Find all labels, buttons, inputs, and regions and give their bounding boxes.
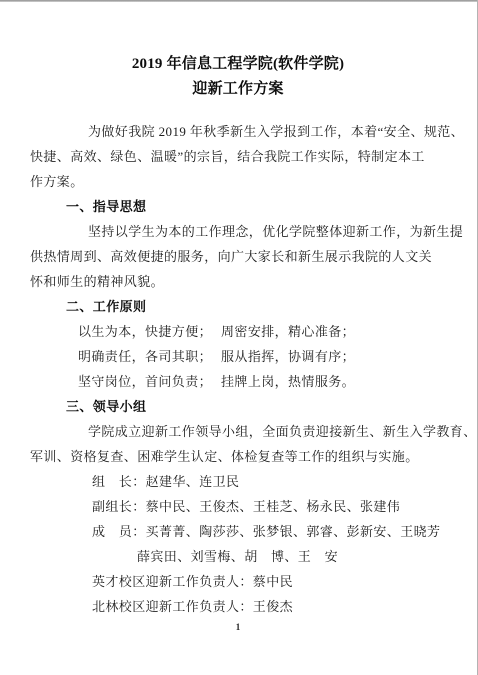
section1-line-2: 供热情周到、高效便捷的服务，向广大家长和新生展示我院的人文关 bbox=[30, 244, 446, 269]
principle-row-3: 坚守岗位，首问负责；挂牌上岗，热情服务。 bbox=[30, 369, 446, 394]
document-content: 2019 年信息工程学院(软件学院) 迎新工作方案 为做好我院 2019 年秋季… bbox=[0, 0, 478, 633]
roster-line-beilin: 北林校区迎新工作负责人：王俊杰 bbox=[30, 594, 446, 619]
principle-row-2: 明确责任，各司其职；服从指挥，协调有序； bbox=[30, 344, 446, 369]
document-page: { "document": { "title_lines": [ "2019 年… bbox=[0, 0, 478, 675]
section3-heading: 三、领导小组 bbox=[30, 394, 446, 419]
intro-line-1: 为做好我院 2019 年秋季新生入学报到工作，本着“安全、规范、 bbox=[30, 119, 446, 144]
roster-line-members-2: 薛宾田、刘雪梅、胡 博、王 安 bbox=[30, 544, 446, 569]
page-top-edge bbox=[0, 0, 478, 2]
section3-line-1: 学院成立迎新工作领导小组，全面负责迎接新生、新生入学教育、 bbox=[30, 419, 446, 444]
principle-left: 坚守岗位，首问负责； bbox=[78, 374, 212, 389]
section1-heading: 一、指导思想 bbox=[30, 194, 446, 219]
intro-line-3: 作方案。 bbox=[30, 169, 446, 194]
roster-line-yingcai: 英才校区迎新工作负责人：蔡中民 bbox=[30, 569, 446, 594]
section1-line-1: 坚持以学生为本的工作理念，优化学院整体迎新工作，为新生提 bbox=[30, 219, 446, 244]
section2-heading: 二、工作原则 bbox=[30, 294, 446, 319]
principle-row-1: 以生为本，快捷方便；周密安排，精心准备； bbox=[30, 319, 446, 344]
principle-left: 以生为本，快捷方便； bbox=[78, 324, 212, 339]
doc-title-line1: 2019 年信息工程学院(软件学院) bbox=[30, 52, 446, 77]
doc-title-line2: 迎新工作方案 bbox=[30, 77, 446, 102]
page-number: 1 bbox=[30, 621, 446, 633]
roster-line-members-1: 成 员：买菁菁、陶莎莎、张梦银、郭睿、彭新安、王晓芳 bbox=[30, 519, 446, 544]
principle-left: 明确责任，各司其职； bbox=[78, 349, 212, 364]
roster-line-deputy: 副组长：蔡中民、王俊杰、王桂芝、杨永民、张建伟 bbox=[30, 494, 446, 519]
roster-line-leader: 组 长：赵建华、连卫民 bbox=[30, 469, 446, 494]
intro-line-2: 快捷、高效、绿色、温暖”的宗旨，结合我院工作实际，特制定本工 bbox=[30, 144, 446, 169]
principle-right: 服从指挥，协调有序； bbox=[221, 349, 355, 364]
principle-right: 周密安排，精心准备； bbox=[221, 324, 355, 339]
principle-right: 挂牌上岗，热情服务。 bbox=[221, 374, 355, 389]
section3-line-2: 军训、资格复查、困难学生认定、体检复查等工作的组织与实施。 bbox=[30, 444, 446, 469]
section1-line-3: 怀和师生的精神风貌。 bbox=[30, 269, 446, 294]
